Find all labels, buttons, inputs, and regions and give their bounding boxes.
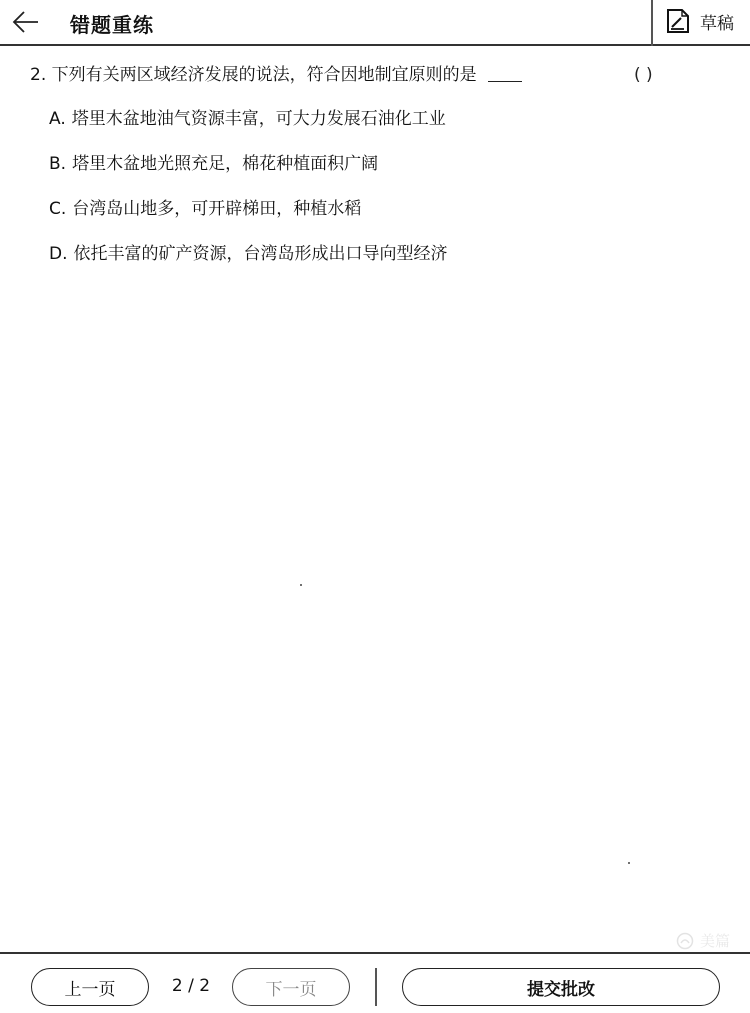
page-title: 错题重练	[70, 9, 154, 38]
answer-parentheses: ( )	[634, 62, 653, 88]
option-letter: B.	[49, 154, 66, 174]
option-letter: C.	[49, 199, 66, 219]
header-divider	[651, 0, 653, 46]
draft-label: 草稿	[700, 9, 734, 34]
footer-divider-line	[0, 952, 750, 954]
option-text: 依托丰富的矿产资源，台湾岛形成出口导向型经济	[74, 244, 448, 264]
edit-note-icon	[666, 8, 690, 34]
draft-button[interactable]: 草稿	[666, 6, 734, 36]
watermark-text: 美篇	[700, 930, 730, 951]
screen-speck	[300, 584, 302, 586]
question-number: 2.	[30, 65, 46, 85]
arrow-left-icon	[12, 11, 40, 33]
meipian-logo-icon	[676, 932, 694, 950]
option-c[interactable]: C.台湾岛山地多，可开辟梯田，种植水稻	[49, 196, 710, 222]
option-text: 台湾岛山地多，可开辟梯田，种植水稻	[72, 199, 361, 219]
footer-vertical-divider	[375, 968, 377, 1006]
next-page-button[interactable]: 下一页	[232, 968, 350, 1006]
option-d[interactable]: D.依托丰富的矿产资源，台湾岛形成出口导向型经济	[49, 241, 710, 267]
option-letter: A.	[49, 109, 66, 129]
previous-page-button[interactable]: 上一页	[31, 968, 149, 1006]
option-list: A.塔里木盆地油气资源丰富，可大力发展石油化工业 B.塔里木盆地光照充足，棉花种…	[30, 106, 710, 267]
question-text: 下列有关两区域经济发展的说法，符合因地制宜原则的是	[52, 65, 477, 85]
watermark: 美篇	[676, 930, 730, 951]
submit-for-grading-button[interactable]: 提交批改	[402, 968, 720, 1006]
answer-blank	[488, 64, 522, 82]
back-button[interactable]	[10, 6, 42, 38]
option-text: 塔里木盆地光照充足，棉花种植面积广阔	[72, 154, 378, 174]
question-stem: 2. 下列有关两区域经济发展的说法，符合因地制宜原则的是 ( )	[30, 62, 710, 88]
page-indicator: 2 / 2	[170, 976, 212, 996]
screen-speck	[628, 862, 630, 864]
option-a[interactable]: A.塔里木盆地油气资源丰富，可大力发展石油化工业	[49, 106, 710, 132]
question-card: 2. 下列有关两区域经济发展的说法，符合因地制宜原则的是 ( ) A.塔里木盆地…	[30, 62, 710, 286]
option-text: 塔里木盆地油气资源丰富，可大力发展石油化工业	[72, 109, 446, 129]
top-bar: 错题重练 草稿	[0, 0, 750, 46]
option-b[interactable]: B.塔里木盆地光照充足，棉花种植面积广阔	[49, 151, 710, 177]
option-letter: D.	[49, 244, 68, 264]
